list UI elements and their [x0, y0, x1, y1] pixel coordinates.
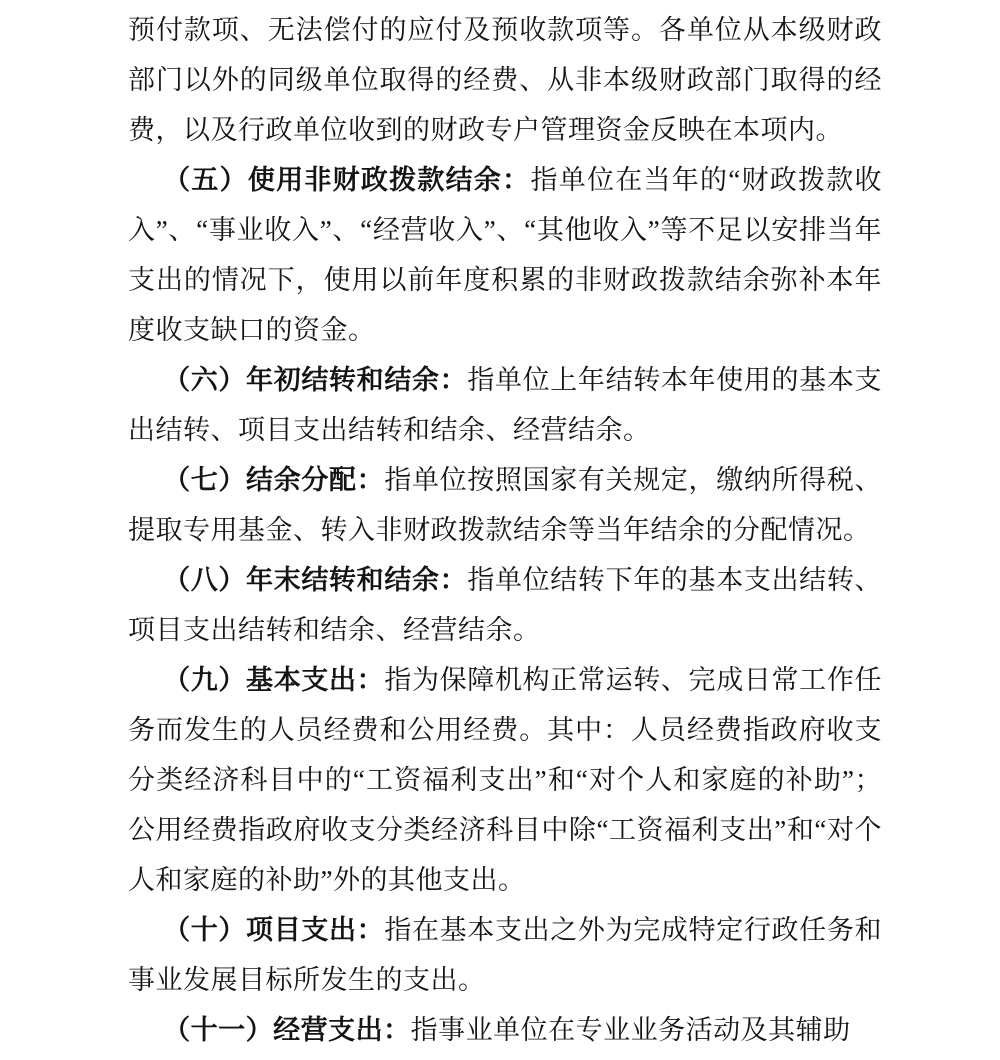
paragraph: （六）年初结转和结余：指单位上年结转本年使用的基本支出结转、项目支出结转和结余、…	[128, 355, 882, 455]
paragraph-body: 指事业单位在专业业务活动及其辅助	[411, 1015, 851, 1045]
paragraph-lead: （八）年末结转和结余：	[163, 565, 467, 595]
paragraph-body: 预付款项、无法偿付的应付及预收款项等。各单位从本级财政部门以外的同级单位取得的经…	[128, 15, 882, 145]
paragraph: （九）基本支出：指为保障机构正常运转、完成日常工作任务而发生的人员经费和公用经费…	[128, 655, 882, 905]
paragraph: （五）使用非财政拨款结余：指单位在当年的“财政拨款收入”、“事业收入”、“经营收…	[128, 155, 882, 355]
paragraph-lead: （九）基本支出：	[163, 665, 384, 695]
paragraph: （八）年末结转和结余：指单位结转下年的基本支出结转、项目支出结转和结余、经营结余…	[128, 555, 882, 655]
paragraph-lead: （十一）经营支出：	[163, 1015, 411, 1045]
paragraph: （十）项目支出：指在基本支出之外为完成特定行政任务和事业发展目标所发生的支出。	[128, 905, 882, 1005]
paragraph: 预付款项、无法偿付的应付及预收款项等。各单位从本级财政部门以外的同级单位取得的经…	[128, 5, 882, 155]
paragraph-lead: （五）使用非财政拨款结余：	[163, 165, 530, 195]
paragraph-lead: （六）年初结转和结余：	[163, 365, 467, 395]
document-page: 预付款项、无法偿付的应付及预收款项等。各单位从本级财政部门以外的同级单位取得的经…	[0, 0, 1000, 1060]
paragraph-list: 预付款项、无法偿付的应付及预收款项等。各单位从本级财政部门以外的同级单位取得的经…	[128, 5, 882, 1055]
paragraph: （十一）经营支出：指事业单位在专业业务活动及其辅助	[128, 1005, 882, 1055]
paragraph: （七）结余分配：指单位按照国家有关规定，缴纳所得税、提取专用基金、转入非财政拨款…	[128, 455, 882, 555]
paragraph-lead: （十）项目支出：	[163, 915, 384, 945]
paragraph-body: 指为保障机构正常运转、完成日常工作任务而发生的人员经费和公用经费。其中：人员经费…	[128, 665, 882, 895]
paragraph-lead: （七）结余分配：	[163, 465, 384, 495]
